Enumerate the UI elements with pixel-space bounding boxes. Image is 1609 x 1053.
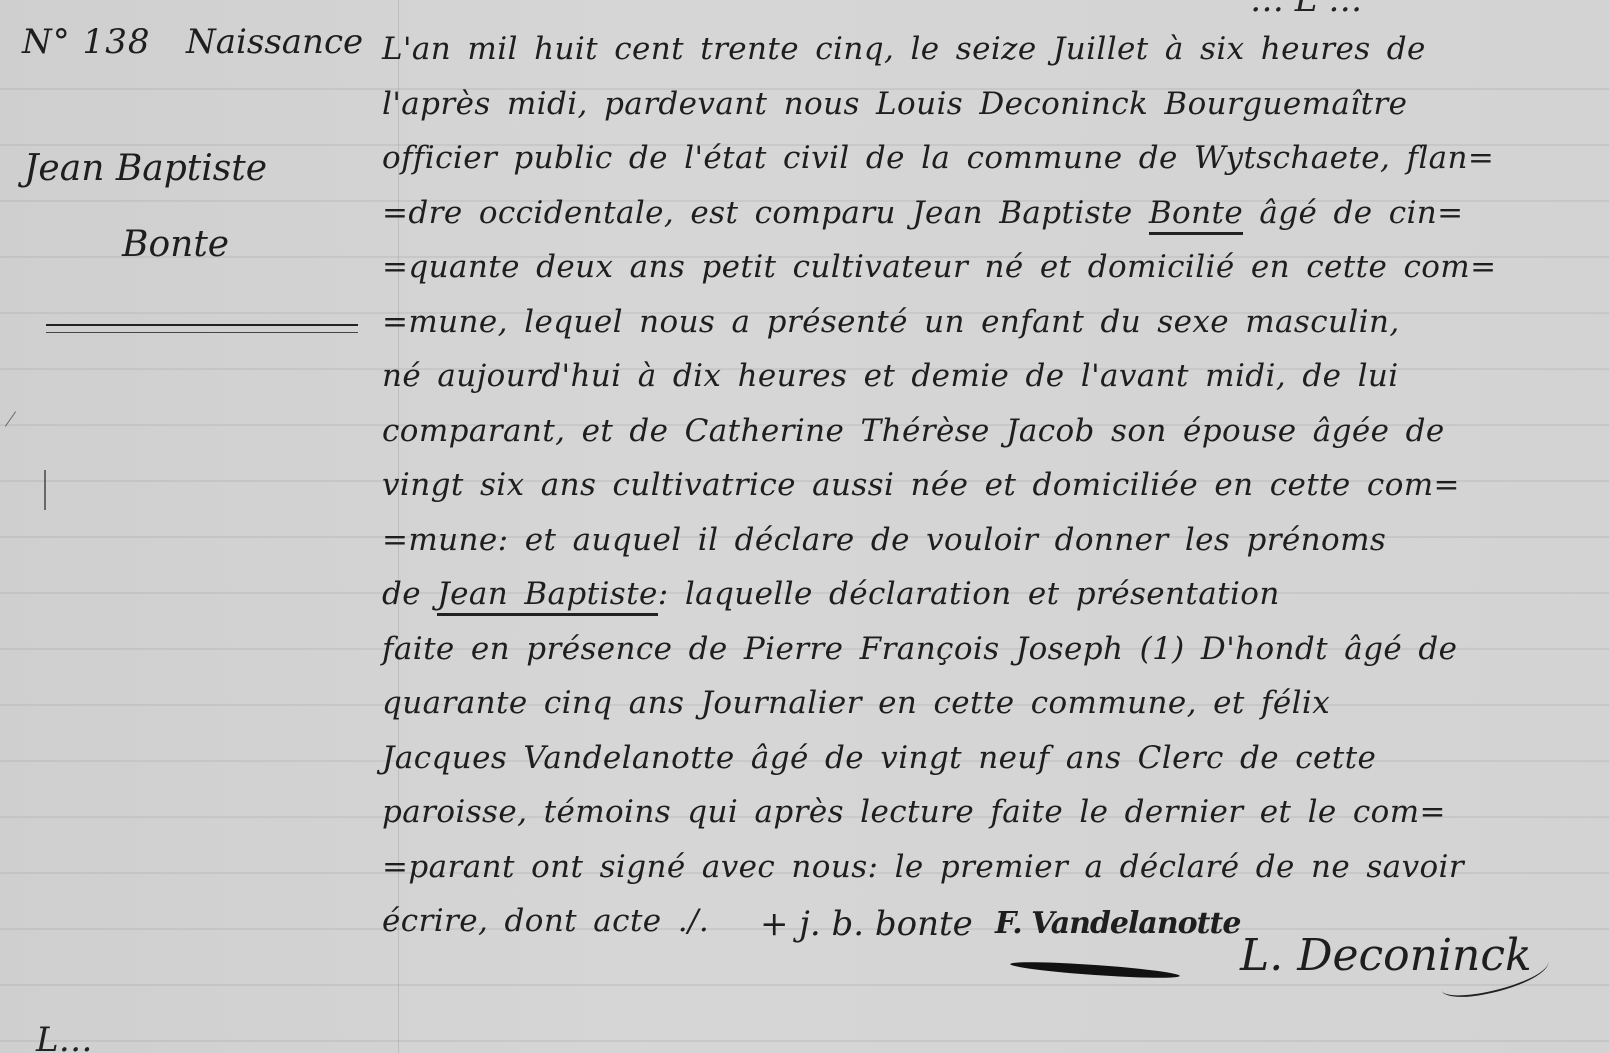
record-line: paroisse, témoins qui après lecture fait… [382,785,1562,840]
entry-type: Naissance [186,22,363,62]
record-line: de Jean Baptiste: laquelle déclaration e… [382,567,1562,622]
record-text: écrire, dont acte ./. [382,903,709,939]
record-text: paroisse, témoins qui après lecture fait… [382,794,1446,830]
record-line: Jacques Vandelanotte âgé de vingt neuf a… [382,731,1562,786]
record-text: âgé de cin= [1243,195,1463,231]
record-text: : laquelle déclaration et présentation [658,576,1280,612]
record-text: l'après midi, pardevant nous Louis Decon… [382,86,1407,122]
record-text: vingt six ans cultivatrice aussi née et … [382,467,1460,503]
record-text: L'an mil huit cent trente cinq, le seize… [382,31,1426,67]
record-line: =mune, lequel nous a présenté un enfant … [382,295,1562,350]
record-text: =mune, lequel nous a présenté un enfant … [382,304,1400,340]
child-given-names: Jean Baptiste [24,148,267,189]
pencil-mark [5,411,16,426]
record-line: né aujourd'hui à dix heures et demie de … [382,349,1562,404]
record-text: de [382,576,437,612]
record-text: né aujourd'hui à dix heures et demie de … [382,358,1399,394]
record-line: =quante deux ans petit cultivateur né et… [382,240,1562,295]
underlined-name: Bonte [1149,195,1243,235]
signature-flourish [1438,949,1552,1003]
record-line: =dre occidentale, est comparu Jean Bapti… [382,186,1562,241]
record-text: =dre occidentale, est comparu Jean Bapti… [382,195,1149,231]
record-line: =parant ont signé avec nous: le premier … [382,840,1562,895]
record-line: vingt six ans cultivatrice aussi née et … [382,458,1562,513]
record-text: quarante cinq ans Journalier en cette co… [382,685,1330,721]
record-text: officier public de l'état civil de la co… [382,140,1494,176]
underlined-name: Jean Baptiste [437,576,657,616]
register-page: … L … N° 138 Naissance Jean Baptiste Bon… [0,0,1609,1053]
record-line: L'an mil huit cent trente cinq, le seize… [382,22,1562,77]
child-surname: Bonte [122,224,229,265]
record-line: comparant, et de Catherine Thérèse Jacob… [382,404,1562,459]
cutoff-text-top: … L … [1250,0,1362,20]
entry-number: N° 138 [22,22,150,62]
record-line: officier public de l'état civil de la co… [382,131,1562,186]
record-body: L'an mil huit cent trente cinq, le seize… [382,22,1562,949]
record-line: l'après midi, pardevant nous Louis Decon… [382,77,1562,132]
pencil-mark [44,470,46,510]
record-text: faite en présence de Pierre François Jos… [382,631,1457,667]
record-line: =mune: et auquel il déclare de vouloir d… [382,513,1562,568]
record-text: comparant, et de Catherine Thérèse Jacob… [382,413,1445,449]
cutoff-text-bottom: L… [36,1020,93,1053]
record-text: =quante deux ans petit cultivateur né et… [382,249,1496,285]
margin-column: N° 138 Naissance Jean Baptiste Bonte [0,0,398,1053]
signature-flourish [1010,959,1180,981]
margin-double-rule [46,324,358,333]
record-line: écrire, dont acte ./. [382,894,1562,949]
record-text: =mune: et auquel il déclare de vouloir d… [382,522,1386,558]
record-text: =parant ont signé avec nous: le premier … [382,849,1464,885]
record-line: quarante cinq ans Journalier en cette co… [382,676,1562,731]
record-text: Jacques Vandelanotte âgé de vingt neuf a… [382,740,1376,776]
record-line: faite en présence de Pierre François Jos… [382,622,1562,677]
